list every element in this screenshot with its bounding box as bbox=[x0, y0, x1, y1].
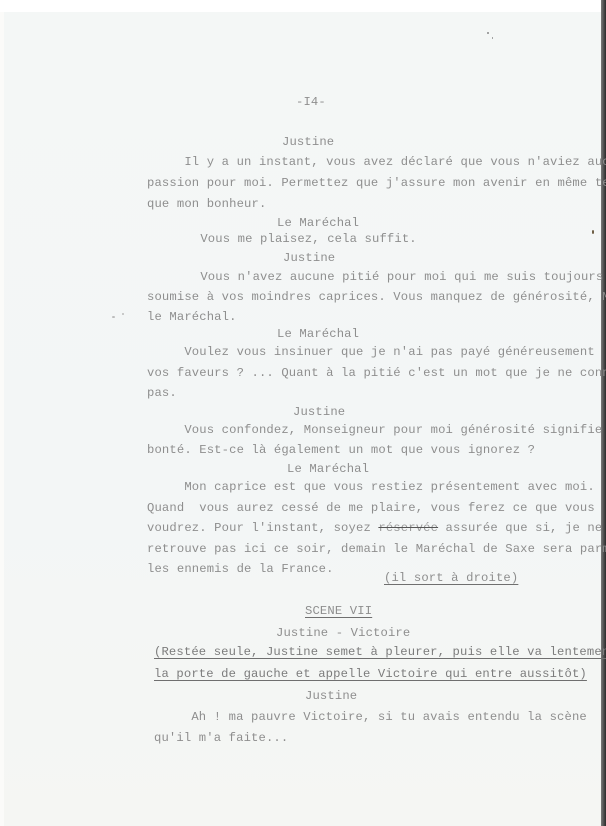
dialogue-line: Mon caprice est que vous restiez présent… bbox=[147, 480, 595, 494]
dialogue-line: Vous confondez, Monseigneur pour moi gén… bbox=[147, 423, 602, 437]
speaker-name: Justine bbox=[305, 689, 357, 703]
dialogue-line: le Maréchal. bbox=[147, 310, 237, 324]
dialogue-line: Vous me plaisez, cela suffit. bbox=[163, 232, 417, 246]
speaker-name: Le Maréchal bbox=[287, 462, 369, 476]
dialogue-line: bonté. Est-ce là également un mot que vo… bbox=[147, 443, 535, 457]
dialogue-line: passion pour moi. Permettez que j'assure… bbox=[147, 176, 606, 190]
paper-speck bbox=[487, 32, 489, 34]
dialogue-line: vos faveurs ? ... Quant à la pitié c'est… bbox=[147, 366, 606, 380]
paper-speck bbox=[112, 316, 115, 318]
dialogue-line: Il y a un instant, vous avez déclaré que… bbox=[147, 155, 606, 169]
dialogue-line: pas. bbox=[147, 386, 177, 400]
dialogue-line: que mon bonheur. bbox=[147, 197, 266, 211]
speaker-name: Le Maréchal bbox=[277, 327, 359, 341]
stage-direction: (il sort à droite) bbox=[384, 571, 518, 585]
paper-speck bbox=[122, 313, 124, 315]
speaker-name: Justine bbox=[282, 135, 334, 149]
dialogue-line: Vous n'avez aucune pitié pour moi qui me… bbox=[163, 270, 603, 284]
speaker-name: Justine bbox=[283, 251, 335, 265]
dialogue-line: soumise à vos moindres caprices. Vous ma… bbox=[147, 290, 606, 304]
scene-title: SCENE VII bbox=[305, 604, 372, 618]
dialogue-line: voudrez. Pour l'instant, soyez réservée … bbox=[147, 521, 606, 535]
dialogue-line: Ah ! ma pauvre Victoire, si tu avais ent… bbox=[154, 710, 587, 724]
dialogue-line: Quand vous aurez cessé de me plaire, vou… bbox=[147, 501, 595, 515]
dialogue-text: voudrez. Pour l'instant, soyez bbox=[147, 521, 378, 535]
scan-right-edge bbox=[601, 0, 606, 826]
dialogue-line: qu'il m'a faite... bbox=[154, 731, 288, 745]
stage-direction: (Restée seule, Justine semet à pleurer, … bbox=[154, 645, 606, 659]
speaker-name: Justine bbox=[293, 405, 345, 419]
dialogue-line: Voulez vous insinuer que je n'ai pas pay… bbox=[147, 345, 595, 359]
dialogue-text: assurée que si, je ne vous bbox=[438, 521, 606, 535]
stage-direction: la porte de gauche et appelle Victoire q… bbox=[154, 667, 587, 681]
paper-speck bbox=[492, 37, 493, 39]
struck-word: réservée bbox=[378, 521, 438, 535]
dialogue-line: retrouve pas ici ce soir, demain le Maré… bbox=[147, 542, 606, 556]
page-number: -I4- bbox=[296, 95, 326, 109]
paper-speck bbox=[592, 230, 594, 234]
scan-top-margin bbox=[0, 0, 606, 12]
scene-characters: Justine - Victoire bbox=[276, 626, 410, 640]
speaker-name: Le Maréchal bbox=[277, 216, 359, 230]
paper-left-edge bbox=[0, 12, 4, 826]
dialogue-line: les ennemis de la France. bbox=[147, 562, 334, 576]
